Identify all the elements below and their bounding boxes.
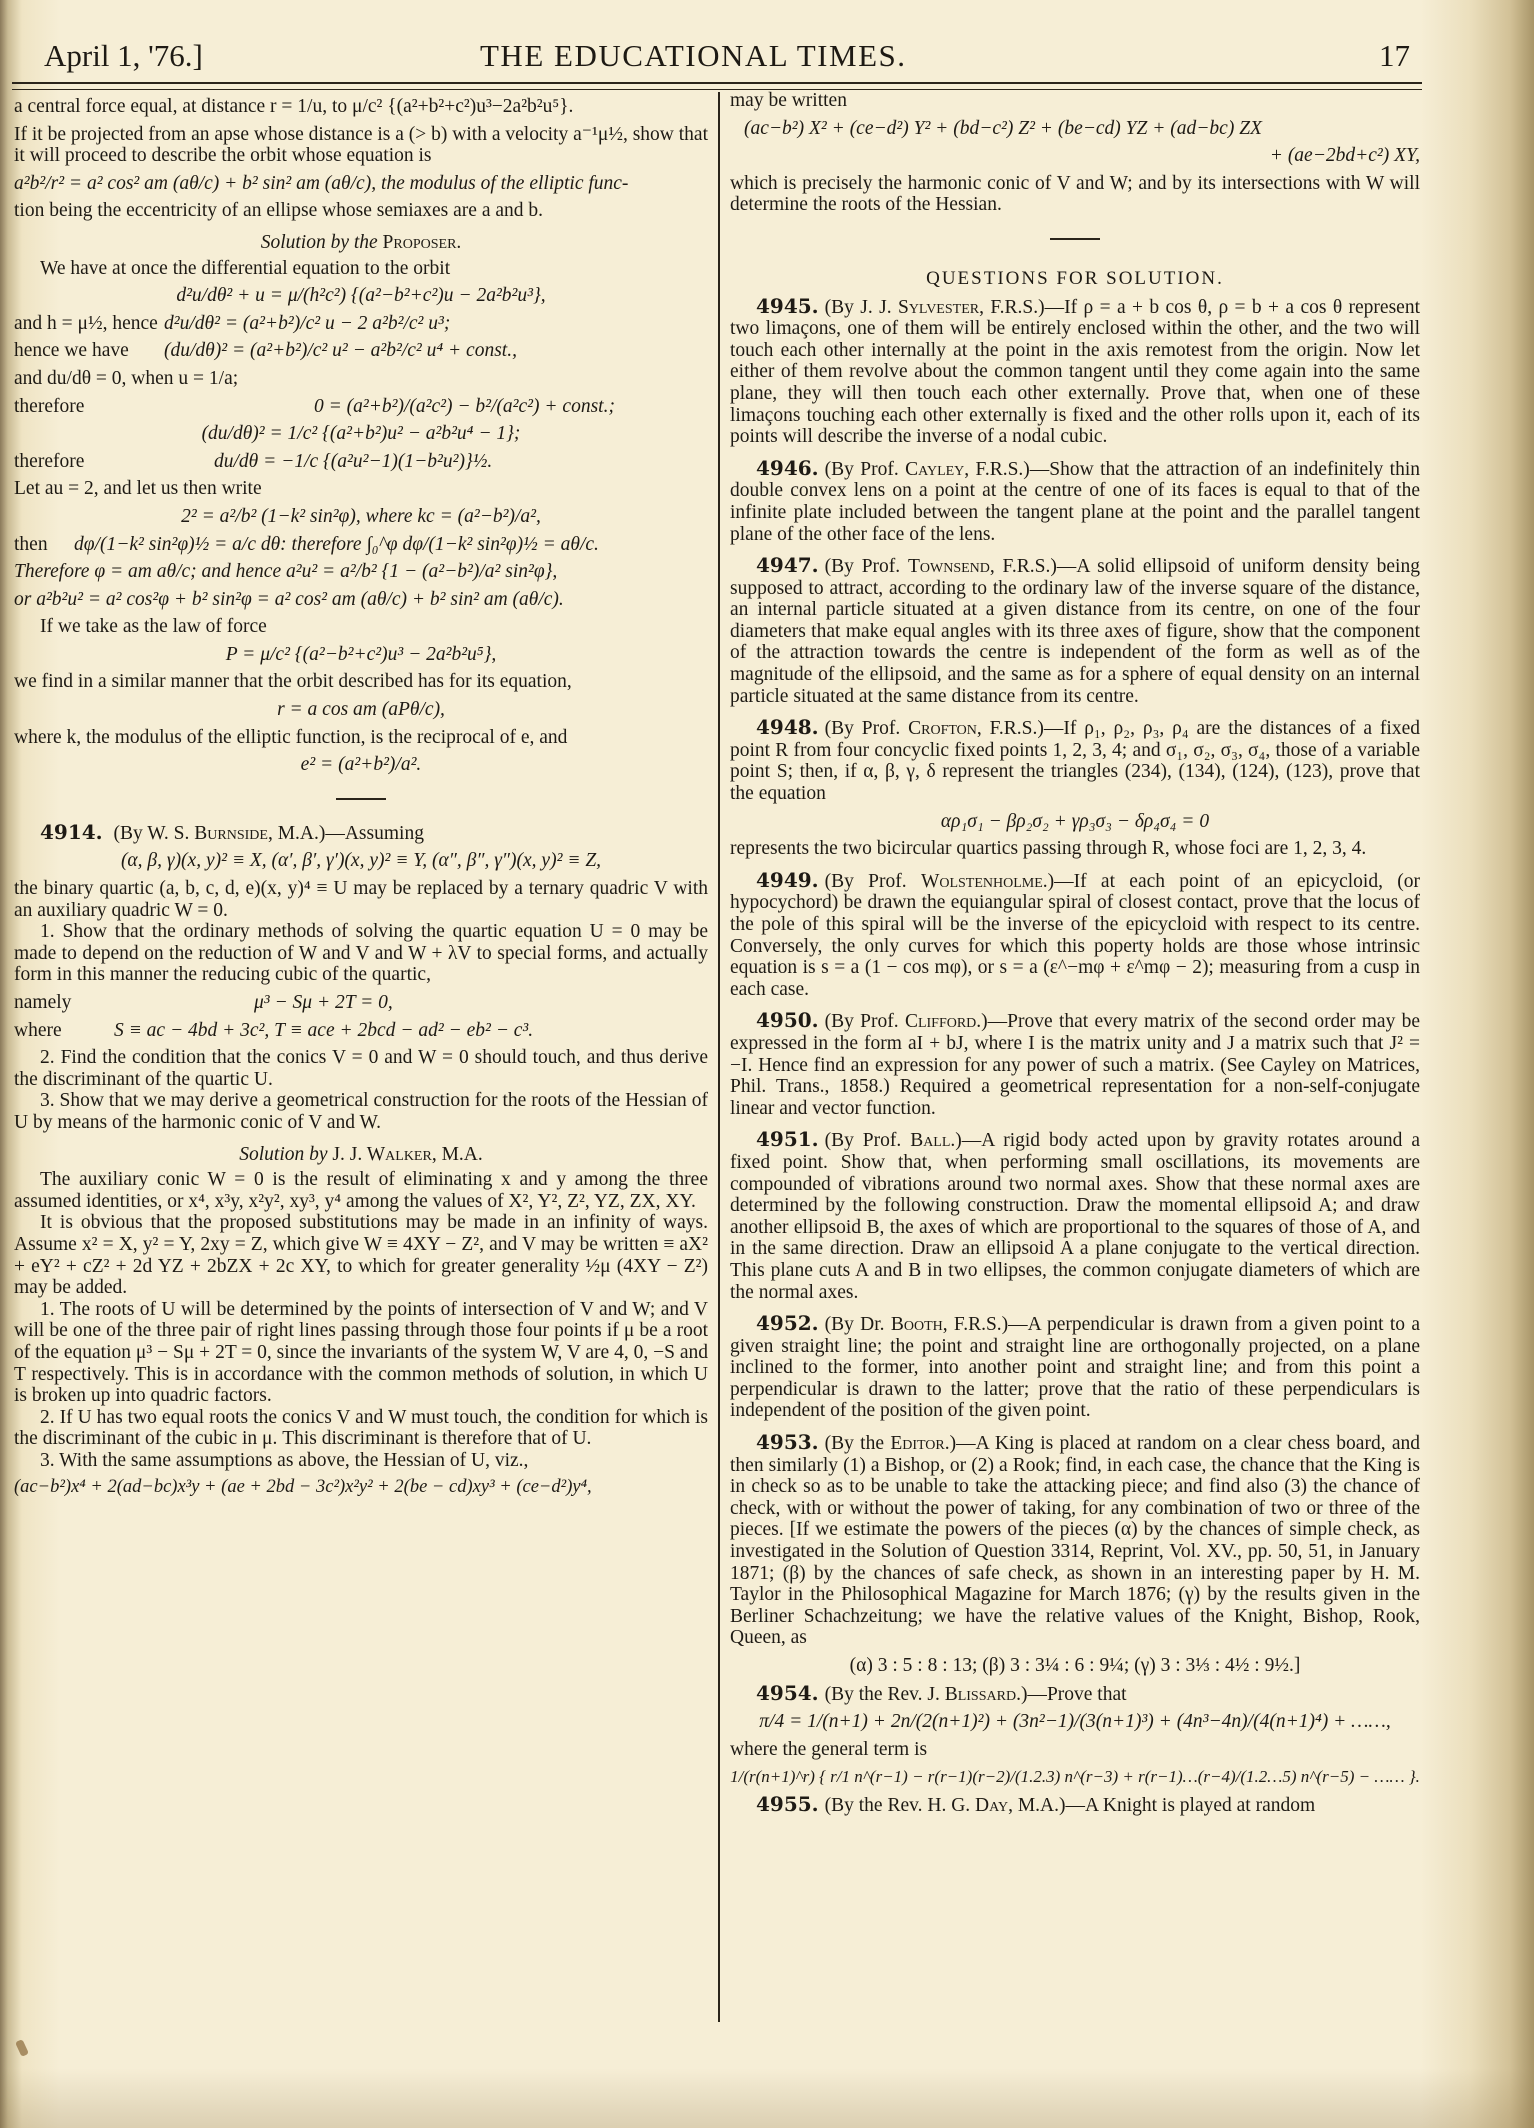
where-row: where S ≡ ac − 4bd + 3c², T ≡ ace + 2bcd… <box>14 1020 708 1042</box>
question-4948-equation: αρ₁σ₁ − βρ₂σ₂ + γρ₃σ₃ − δρ₄σ₄ = 0 <box>730 811 1420 833</box>
left-column: a central force equal, at distance r = 1… <box>14 90 708 1505</box>
similar-manner-line: we find in a similar manner that the orb… <box>14 671 708 693</box>
question-4953: 4953.(By the Editor.)—A King is placed a… <box>730 1432 1420 1677</box>
question-4945: 4945.(By J. J. Sylvester, F.R.S.)—If ρ =… <box>730 296 1420 448</box>
equation-9: dφ/(1−k² sin²φ)½ = a/c dθ: therefore ∫₀^… <box>74 534 599 556</box>
solution-para-3: 1. The roots of U will be determined by … <box>14 1299 708 1407</box>
equation-2: d²u/dθ² = (a²+b²)/c² u − 2 a²b²/c² u³; <box>164 313 450 335</box>
solution-para-5: 3. With the same assumptions as above, t… <box>14 1450 708 1472</box>
question-4948: 4948.(By Prof. Crofton, F.R.S.)—If ρ₁, ρ… <box>730 717 1420 860</box>
solution-para-1: The auxiliary conic W = 0 is the result … <box>14 1169 708 1212</box>
solution-heading: Solution by the Proposer. <box>14 232 708 254</box>
page: April 1, '76.] THE EDUCATIONAL TIMES. 17… <box>0 0 1534 2128</box>
equation-3: (du/dθ)² = (a²+b²)/c² u² − a²b²/c² u⁴ + … <box>164 340 517 362</box>
question-4914-item-2: 2. Find the condition that the conics V … <box>14 1047 708 1090</box>
intro-line: a central force equal, at distance r = 1… <box>14 96 708 118</box>
question-4952: 4952.(By Dr. Booth, F.R.S.)—A perpendicu… <box>730 1313 1420 1422</box>
issue-date: April 1, '76.] <box>44 38 203 74</box>
equation-10: Therefore φ = am aθ/c; and hence a²u² = … <box>14 561 708 583</box>
law-of-force-line: If we take as the law of force <box>14 616 708 638</box>
equation-4: and du/dθ = 0, when u = 1/a; <box>14 368 238 390</box>
intro-paragraph: If it be projected from an apse whose di… <box>14 124 708 167</box>
column-divider <box>718 92 720 2022</box>
equation-13: r = a cos am (aPθ/c), <box>14 699 708 721</box>
equation-4-row: and du/dθ = 0, when u = 1/a; <box>14 368 708 390</box>
where-line: where k, the modulus of the elliptic fun… <box>14 727 708 749</box>
question-4947: 4947.(By Prof. Townsend, F.R.S.)—A solid… <box>730 555 1420 707</box>
question-4949: 4949.(By Prof. Wolstenholme.)—If at each… <box>730 870 1420 1001</box>
equation-8: 2² = a²/b² (1−k² sin²φ), where kc = (a²−… <box>14 506 708 528</box>
question-4914-heading: 4914. (By W. S. Burnside, M.A.)—Assuming <box>14 822 708 845</box>
equation-11: or a²b²u² = a² cos²φ + b² sin²φ = a² cos… <box>14 589 708 611</box>
equation-7: du/dθ = −1/c {(a²u²−1)(1−b²u²)}½. <box>214 451 492 473</box>
solution-para-2: It is obvious that the proposed substitu… <box>14 1212 708 1298</box>
section-separator <box>336 798 386 800</box>
let-line: Let au = 2, and let us then write <box>14 478 708 500</box>
equation-7-row: therefore du/dθ = −1/c {(a²u²−1)(1−b²u²)… <box>14 451 708 473</box>
section-separator <box>1050 238 1100 240</box>
equation-2-row: and h = μ½, hence d²u/dθ² = (a²+b²)/c² u… <box>14 313 708 335</box>
equation-6: (du/dθ)² = 1/c² {(a²+b²)u² − a²b²u⁴ − 1}… <box>14 423 708 445</box>
solution-intro: We have at once the differential equatio… <box>14 258 708 280</box>
question-4954: 4954.(By the Rev. J. Blissard.)—Prove th… <box>730 1683 1420 1788</box>
equation-14: e² = (a²+b²)/a². <box>14 754 708 776</box>
equation-3-row: hence we have (du/dθ)² = (a²+b²)/c² u² −… <box>14 340 708 362</box>
equation-5: 0 = (a²+b²)/(a²c²) − b²/(a²c²) + const.; <box>314 396 615 418</box>
question-4914-para: the binary quartic (a, b, c, d, e)(x, y)… <box>14 878 708 921</box>
question-4955: 4955.(By the Rev. H. G. Day, M.A.)—A Kni… <box>730 1794 1420 1817</box>
continuation-line: may be written <box>730 90 1420 112</box>
hessian-equation: (ac−b²)x⁴ + 2(ad−bc)x³y + (ae + 2bd − 3c… <box>14 1477 708 1499</box>
continuation-equation-2: + (ae−2bd+c²) XY, <box>730 145 1420 167</box>
question-4951: 4951.(By Prof. Ball.)—A rigid body acted… <box>730 1129 1420 1303</box>
equation-5-row: therefore 0 = (a²+b²)/(a²c²) − b²/(a²c²)… <box>14 396 708 418</box>
intro-end: tion being the eccentricity of an ellips… <box>14 200 708 222</box>
header-double-rule <box>12 82 1422 90</box>
question-4950: 4950.(By Prof. Clifford.)—Prove that eve… <box>730 1010 1420 1119</box>
ink-blot <box>15 2039 29 2057</box>
running-header: April 1, '76.] THE EDUCATIONAL TIMES. 17 <box>40 38 1410 78</box>
equation-12: P = μ/c² {(a²−b²+c²)u³ − 2a²b²u⁵}, <box>14 644 708 666</box>
section-title: QUESTIONS FOR SOLUTION. <box>730 268 1420 290</box>
question-4914-identities: (α, β, γ)(x, y)² ≡ X, (α′, β′, γ′)(x, y)… <box>14 850 708 872</box>
question-4954-general-term: 1/(r(n+1)^r) { r/1 n^(r−1) − r(r−1)(r−2)… <box>730 1766 1420 1788</box>
namely-row: namely μ³ − Sμ + 2T = 0, <box>14 992 708 1014</box>
equation-1: d²u/dθ² + u = μ/(h²c²) {(a²−b²+c²)u − 2a… <box>14 285 708 307</box>
right-column: may be written (ac−b²) X² + (ce−d²) Y² +… <box>730 90 1420 1817</box>
question-4946: 4946.(By Prof. Cayley, F.R.S.)—Show that… <box>730 458 1420 545</box>
continuation-equation-1: (ac−b²) X² + (ce−d²) Y² + (bd−c²) Z² + (… <box>730 118 1420 140</box>
walker-solution-heading: Solution by J. J. Walker, M.A. <box>14 1144 708 1166</box>
publication-title: THE EDUCATIONAL TIMES. <box>480 38 907 74</box>
question-4954-series: π/4 = 1/(n+1) + 2n/(2(n+1)²) + (3n²−1)/(… <box>730 1711 1420 1733</box>
question-4953-ratios: (α) 3 : 5 : 8 : 13; (β) 3 : 3¼ : 6 : 9¼;… <box>730 1655 1420 1677</box>
page-number: 17 <box>1379 38 1410 74</box>
equation-9-row: then dφ/(1−k² sin²φ)½ = a/c dθ: therefor… <box>14 534 708 556</box>
question-4914-item-1: 1. Show that the ordinary methods of sol… <box>14 921 708 986</box>
question-4914-item-3: 3. Show that we may derive a geometrical… <box>14 1090 708 1133</box>
continuation-paragraph: which is precisely the harmonic conic of… <box>730 173 1420 216</box>
solution-para-4: 2. If U has two equal roots the conics V… <box>14 1407 708 1450</box>
intro-equation: a²b²/r² = a² cos² am (aθ/c) + b² sin² am… <box>14 173 708 195</box>
